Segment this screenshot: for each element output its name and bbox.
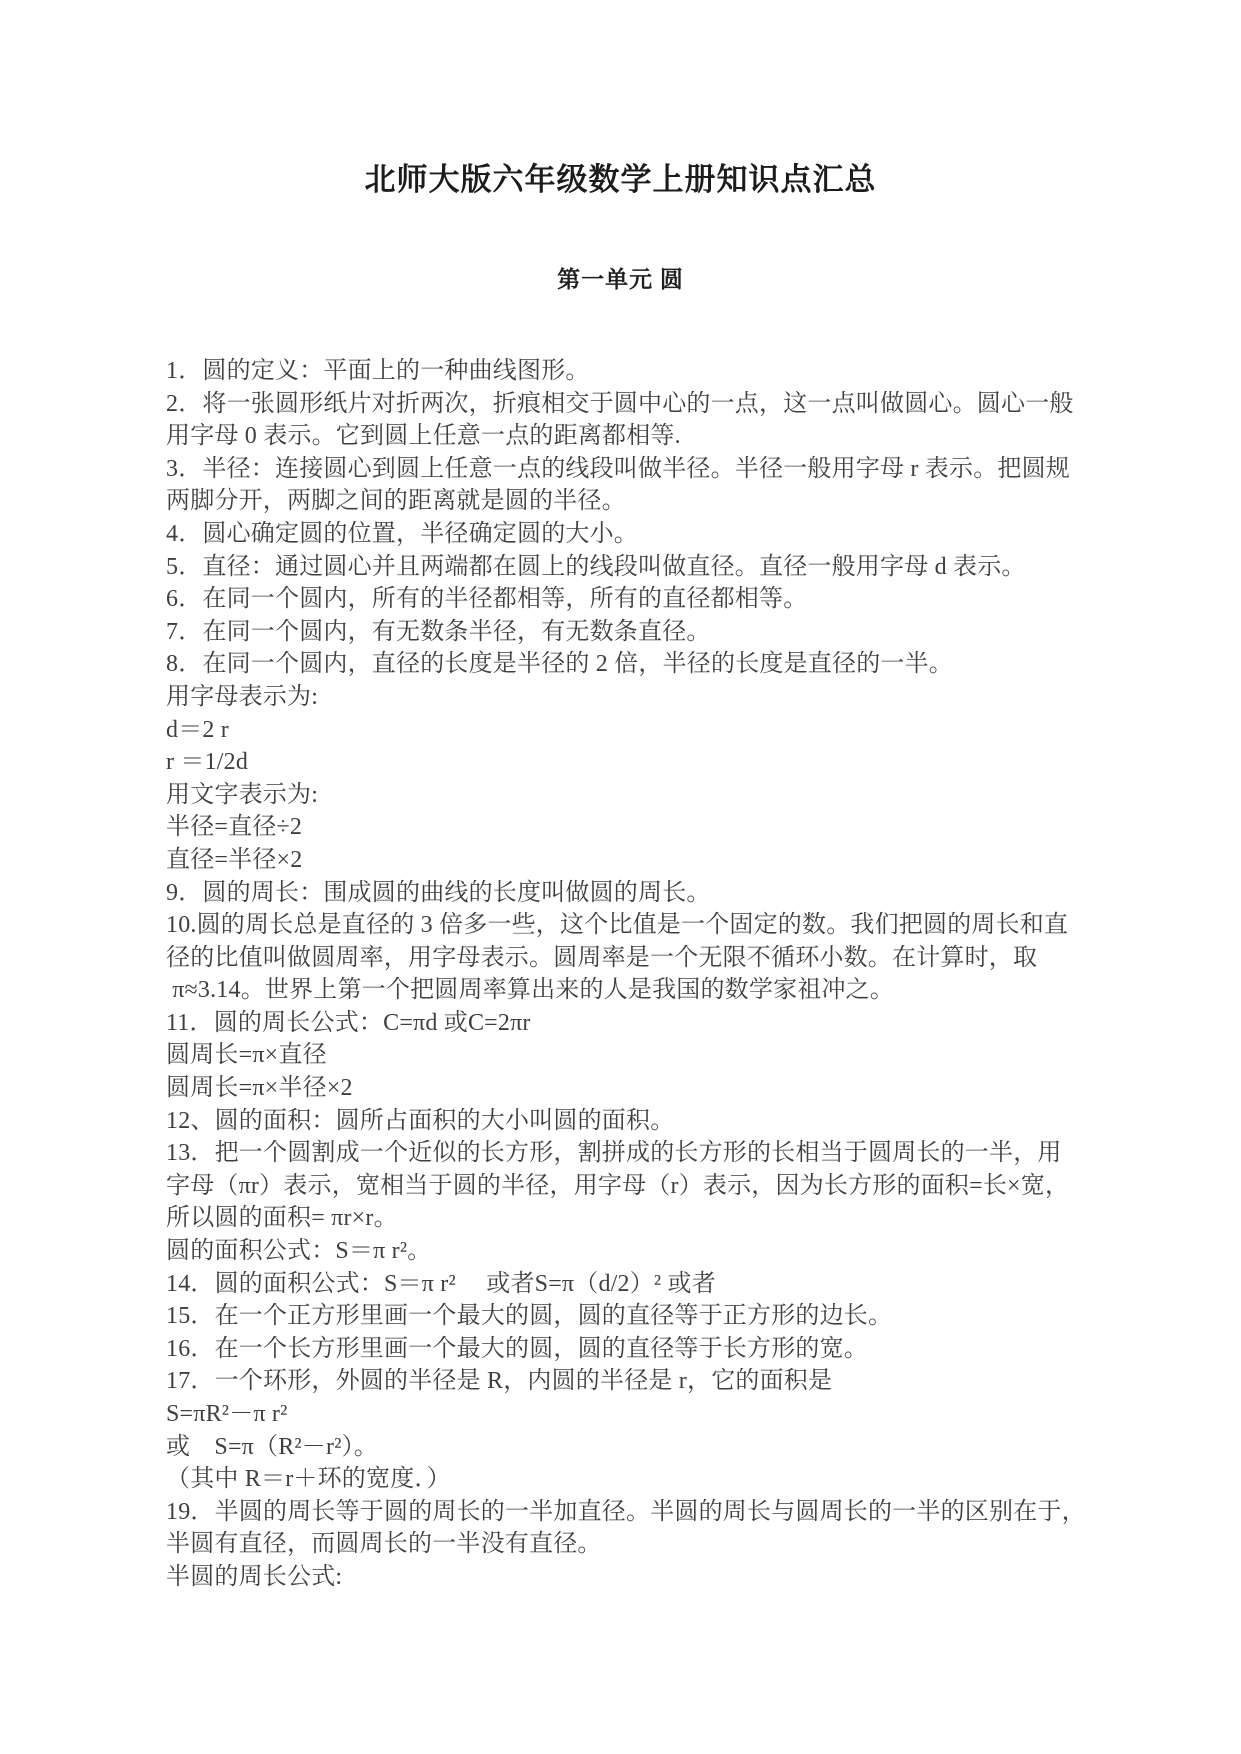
doc-line: 7．在同一个圆内，有无数条半径，有无数条直径。	[166, 616, 1081, 649]
doc-line: 半圆的周长公式:	[166, 1561, 1081, 1594]
doc-line: 用文字表示为:	[166, 779, 1081, 812]
doc-line: 径的比值叫做圆周率，用字母表示。圆周率是一个无限不循环小数。在计算时，取	[166, 942, 1081, 975]
doc-line: 6．在同一个圆内，所有的半径都相等，所有的直径都相等。	[166, 583, 1081, 616]
doc-line: π≈3.14。世界上第一个把圆周率算出来的人是我国的数学家祖冲之。	[166, 974, 1081, 1007]
doc-line: 所以圆的面积= πr×r。	[166, 1202, 1081, 1235]
document-body: 1．圆的定义：平面上的一种曲线图形。 2．将一张圆形纸片对折两次，折痕相交于圆中…	[166, 355, 1081, 1594]
doc-line: 16．在一个长方形里画一个最大的圆，圆的直径等于长方形的宽。	[166, 1333, 1081, 1366]
doc-line: d＝2 r	[166, 714, 1081, 747]
doc-line: r ＝1/2d	[166, 746, 1081, 779]
doc-line: 圆周长=π×直径	[166, 1039, 1081, 1072]
document-title: 北师大版六年级数学上册知识点汇总	[0, 160, 1241, 200]
doc-line: 1．圆的定义：平面上的一种曲线图形。	[166, 355, 1081, 388]
doc-line: 12、圆的面积：圆所占面积的大小叫圆的面积。	[166, 1105, 1081, 1138]
doc-line: 或 S=π（R²－r²）。	[166, 1431, 1081, 1464]
doc-line: 5．直径：通过圆心并且两端都在圆上的线段叫做直径。直径一般用字母 d 表示。	[166, 551, 1081, 584]
doc-line: 半径=直径÷2	[166, 811, 1081, 844]
doc-line: 3．半径：连接圆心到圆上任意一点的线段叫做半径。半径一般用字母 r 表示。把圆规	[166, 453, 1081, 486]
doc-line: 19．半圆的周长等于圆的周长的一半加直径。半圆的周长与圆周长的一半的区别在于，	[166, 1496, 1081, 1529]
doc-line: 两脚分开，两脚之间的距离就是圆的半径。	[166, 485, 1081, 518]
doc-line: 11．圆的周长公式：C=πd 或C=2πr	[166, 1007, 1081, 1040]
doc-line: 13．把一个圆割成一个近似的长方形，割拼成的长方形的长相当于圆周长的一半，用	[166, 1137, 1081, 1170]
doc-line: （其中 R＝r＋环的宽度．）	[166, 1463, 1081, 1496]
section-heading: 第一单元 圆	[0, 264, 1241, 296]
doc-line: 半圆有直径，而圆周长的一半没有直径。	[166, 1528, 1081, 1561]
doc-line: 10.圆的周长总是直径的 3 倍多一些，这个比值是一个固定的数。我们把圆的周长和…	[166, 909, 1081, 942]
doc-line: 用字母表示为:	[166, 681, 1081, 714]
doc-line: S=πR²－π r²	[166, 1398, 1081, 1431]
doc-line: 直径=半径×2	[166, 844, 1081, 877]
doc-line: 圆周长=π×半径×2	[166, 1072, 1081, 1105]
doc-line: 圆的面积公式：S＝π r²。	[166, 1235, 1081, 1268]
document-page: 北师大版六年级数学上册知识点汇总 第一单元 圆 1．圆的定义：平面上的一种曲线图…	[0, 0, 1241, 1754]
doc-line: 9．圆的周长：围成圆的曲线的长度叫做圆的周长。	[166, 877, 1081, 910]
doc-line: 用字母 0 表示。它到圆上任意一点的距离都相等.	[166, 420, 1081, 453]
doc-line: 字母（πr）表示，宽相当于圆的半径，用字母（r）表示，因为长方形的面积=长×宽，	[166, 1170, 1081, 1203]
doc-line: 8．在同一个圆内，直径的长度是半径的 2 倍，半径的长度是直径的一半。	[166, 648, 1081, 681]
doc-line: 15．在一个正方形里画一个最大的圆，圆的直径等于正方形的边长。	[166, 1300, 1081, 1333]
doc-line: 2．将一张圆形纸片对折两次，折痕相交于圆中心的一点，这一点叫做圆心。圆心一般	[166, 388, 1081, 421]
doc-line: 4．圆心确定圆的位置，半径确定圆的大小。	[166, 518, 1081, 551]
doc-line: 14．圆的面积公式：S＝π r² 或者S=π（d/2）² 或者	[166, 1268, 1081, 1301]
doc-line: 17．一个环形，外圆的半径是 R，内圆的半径是 r，它的面积是	[166, 1365, 1081, 1398]
